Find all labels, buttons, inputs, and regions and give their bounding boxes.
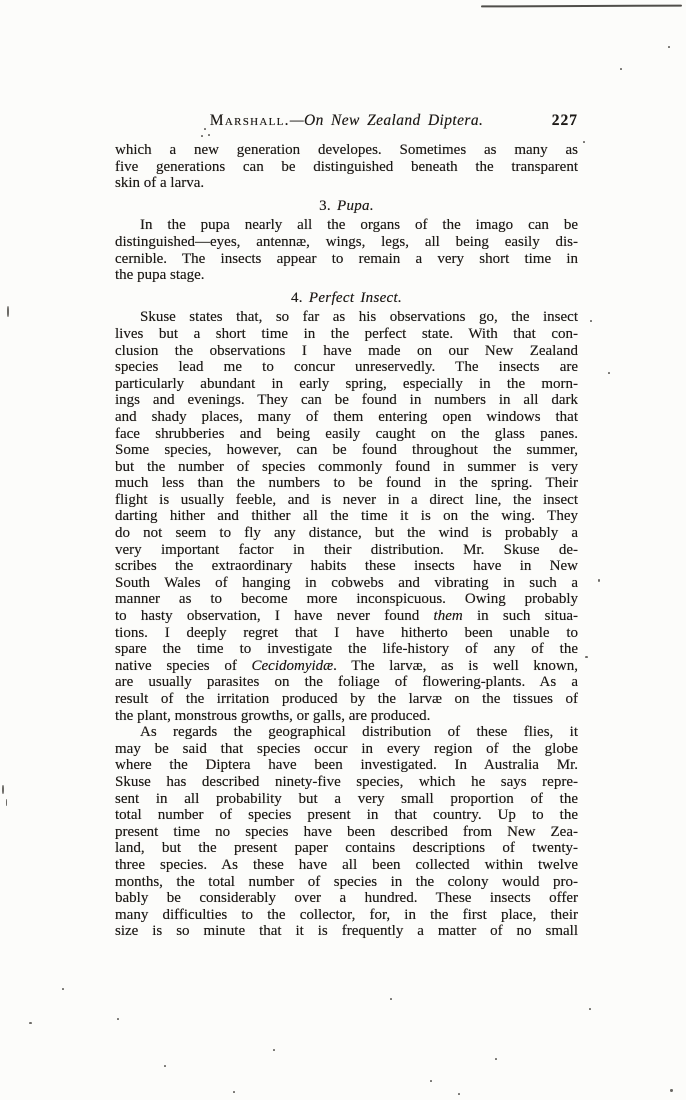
text-line: to hasty observation, I have never found… [115, 608, 578, 625]
text-line: flight is usually feeble, and is never i… [115, 492, 578, 509]
text-line: result of the irritation produced by the… [115, 691, 578, 708]
heading-title: Perfect Insect. [309, 290, 402, 306]
text-line: sent in all probability but a very small… [115, 791, 578, 808]
page-header: Marshall.—On New Zealand Diptera. 227 [115, 111, 578, 131]
heading-number: 4. [291, 290, 309, 306]
paragraph: Skuse states that, so far as his observa… [115, 309, 578, 724]
text-line: size is so minute that it is frequently … [115, 923, 578, 940]
dust-speck [233, 1091, 235, 1093]
dust-speck [598, 579, 600, 582]
text-line: five generations can be distinguished be… [115, 159, 578, 176]
page-body: which a new generation developes. Someti… [115, 142, 578, 940]
dust-speck [583, 141, 585, 143]
text-line: three species. As these have all been co… [115, 857, 578, 874]
scanned-document-page: Marshall.—On New Zealand Diptera. 227 wh… [0, 0, 686, 1100]
dust-speck [117, 1018, 119, 1020]
text-line: the pupa stage. [115, 267, 578, 284]
text-line: are usually parasites on the foliage of … [115, 674, 578, 691]
text-line: which a new generation developes. Someti… [115, 142, 578, 159]
text-line: face shrubberies and being easily caught… [115, 426, 578, 443]
text-line: In the pupa nearly all the organs of the… [115, 217, 578, 234]
dust-speck [620, 68, 622, 70]
text-line: may be said that species occur in every … [115, 741, 578, 758]
text-line: species lead me to concur unreservedly. … [115, 359, 578, 376]
text-line: many difficulties to the collector, for,… [115, 907, 578, 924]
dust-speck [590, 320, 592, 322]
dust-speck [7, 306, 9, 317]
text-line: do not seem to fly any distance, but the… [115, 525, 578, 542]
text-line: spare the time to investigate the life-h… [115, 641, 578, 658]
text-line: bably be considerably over a hundred. Th… [115, 890, 578, 907]
paragraph: which a new generation developes. Someti… [115, 142, 578, 192]
text-line: skin of a larva. [115, 175, 578, 192]
text-line: darting hither and thither all the time … [115, 508, 578, 525]
text-line: scribes the extraordinary habits these i… [115, 558, 578, 575]
text-line: native species of Cecidomyidæ. The larvæ… [115, 658, 578, 675]
text-line: Some species, however, can be found thro… [115, 442, 578, 459]
section-heading: 4. Perfect Insect. [115, 290, 578, 307]
dust-speck [208, 134, 210, 136]
text-line: distinguished—eyes, antennæ, wings, legs… [115, 234, 578, 251]
text-line: particularly abundant in early spring, e… [115, 376, 578, 393]
text-line: and shady places, many of them entering … [115, 409, 578, 426]
running-title-author: Marshall. [210, 112, 290, 129]
dust-speck [6, 799, 7, 806]
dust-speck [164, 1065, 166, 1067]
text-line: As regards the geographical distribution… [115, 724, 578, 741]
text-line: ings and evenings. They can be found in … [115, 392, 578, 409]
page-number: 227 [552, 111, 578, 131]
text-line: manner as to become more inconspicuous. … [115, 591, 578, 608]
running-title-work: —On New Zealand Diptera. [290, 112, 483, 129]
dust-speck [2, 785, 4, 794]
text-line: months, the total number of species in t… [115, 874, 578, 891]
text-line: tions. I deeply regret that I have hithe… [115, 625, 578, 642]
dust-speck [608, 372, 610, 374]
dust-speck [430, 1080, 432, 1082]
text-line: very important factor in their distribut… [115, 542, 578, 559]
paragraph: As regards the geographical distribution… [115, 724, 578, 940]
dust-speck [668, 46, 670, 48]
dust-speck [273, 1049, 275, 1051]
dust-speck [62, 988, 64, 990]
text-line: lives but a short time in the perfect st… [115, 326, 578, 343]
text-line: where the Diptera have been investigated… [115, 757, 578, 774]
text-line: land, but the present paper contains des… [115, 840, 578, 857]
dust-speck [585, 656, 588, 658]
text-line: South Wales of hanging in cobwebs and vi… [115, 575, 578, 592]
dust-speck [201, 135, 203, 137]
text-line: clusion the observations I have made on … [115, 343, 578, 360]
dust-speck [589, 1008, 591, 1010]
heading-title: Pupa. [337, 198, 374, 214]
text-line: Skuse has described ninety-five species,… [115, 774, 578, 791]
dust-speck [29, 1022, 32, 1024]
dust-speck [670, 1089, 673, 1092]
text-line: total number of species present in that … [115, 807, 578, 824]
dust-speck [458, 1093, 460, 1095]
paragraph: In the pupa nearly all the organs of the… [115, 217, 578, 283]
dust-speck [390, 998, 392, 1000]
text-line: Skuse states that, so far as his observa… [115, 309, 578, 326]
section-heading: 3. Pupa. [115, 198, 578, 215]
text-line: much less than the numbers to be found i… [115, 475, 578, 492]
heading-number: 3. [319, 198, 337, 214]
text-line: the plant, monstrous growths, or galls, … [115, 708, 578, 725]
text-line: present time no species have been descri… [115, 824, 578, 841]
text-line: cernible. The insects appear to remain a… [115, 251, 578, 268]
text-line: but the number of species commonly found… [115, 459, 578, 476]
running-title: Marshall.—On New Zealand Diptera. [115, 111, 578, 131]
dust-speck [495, 1058, 497, 1060]
scan-edge-line [481, 5, 682, 8]
